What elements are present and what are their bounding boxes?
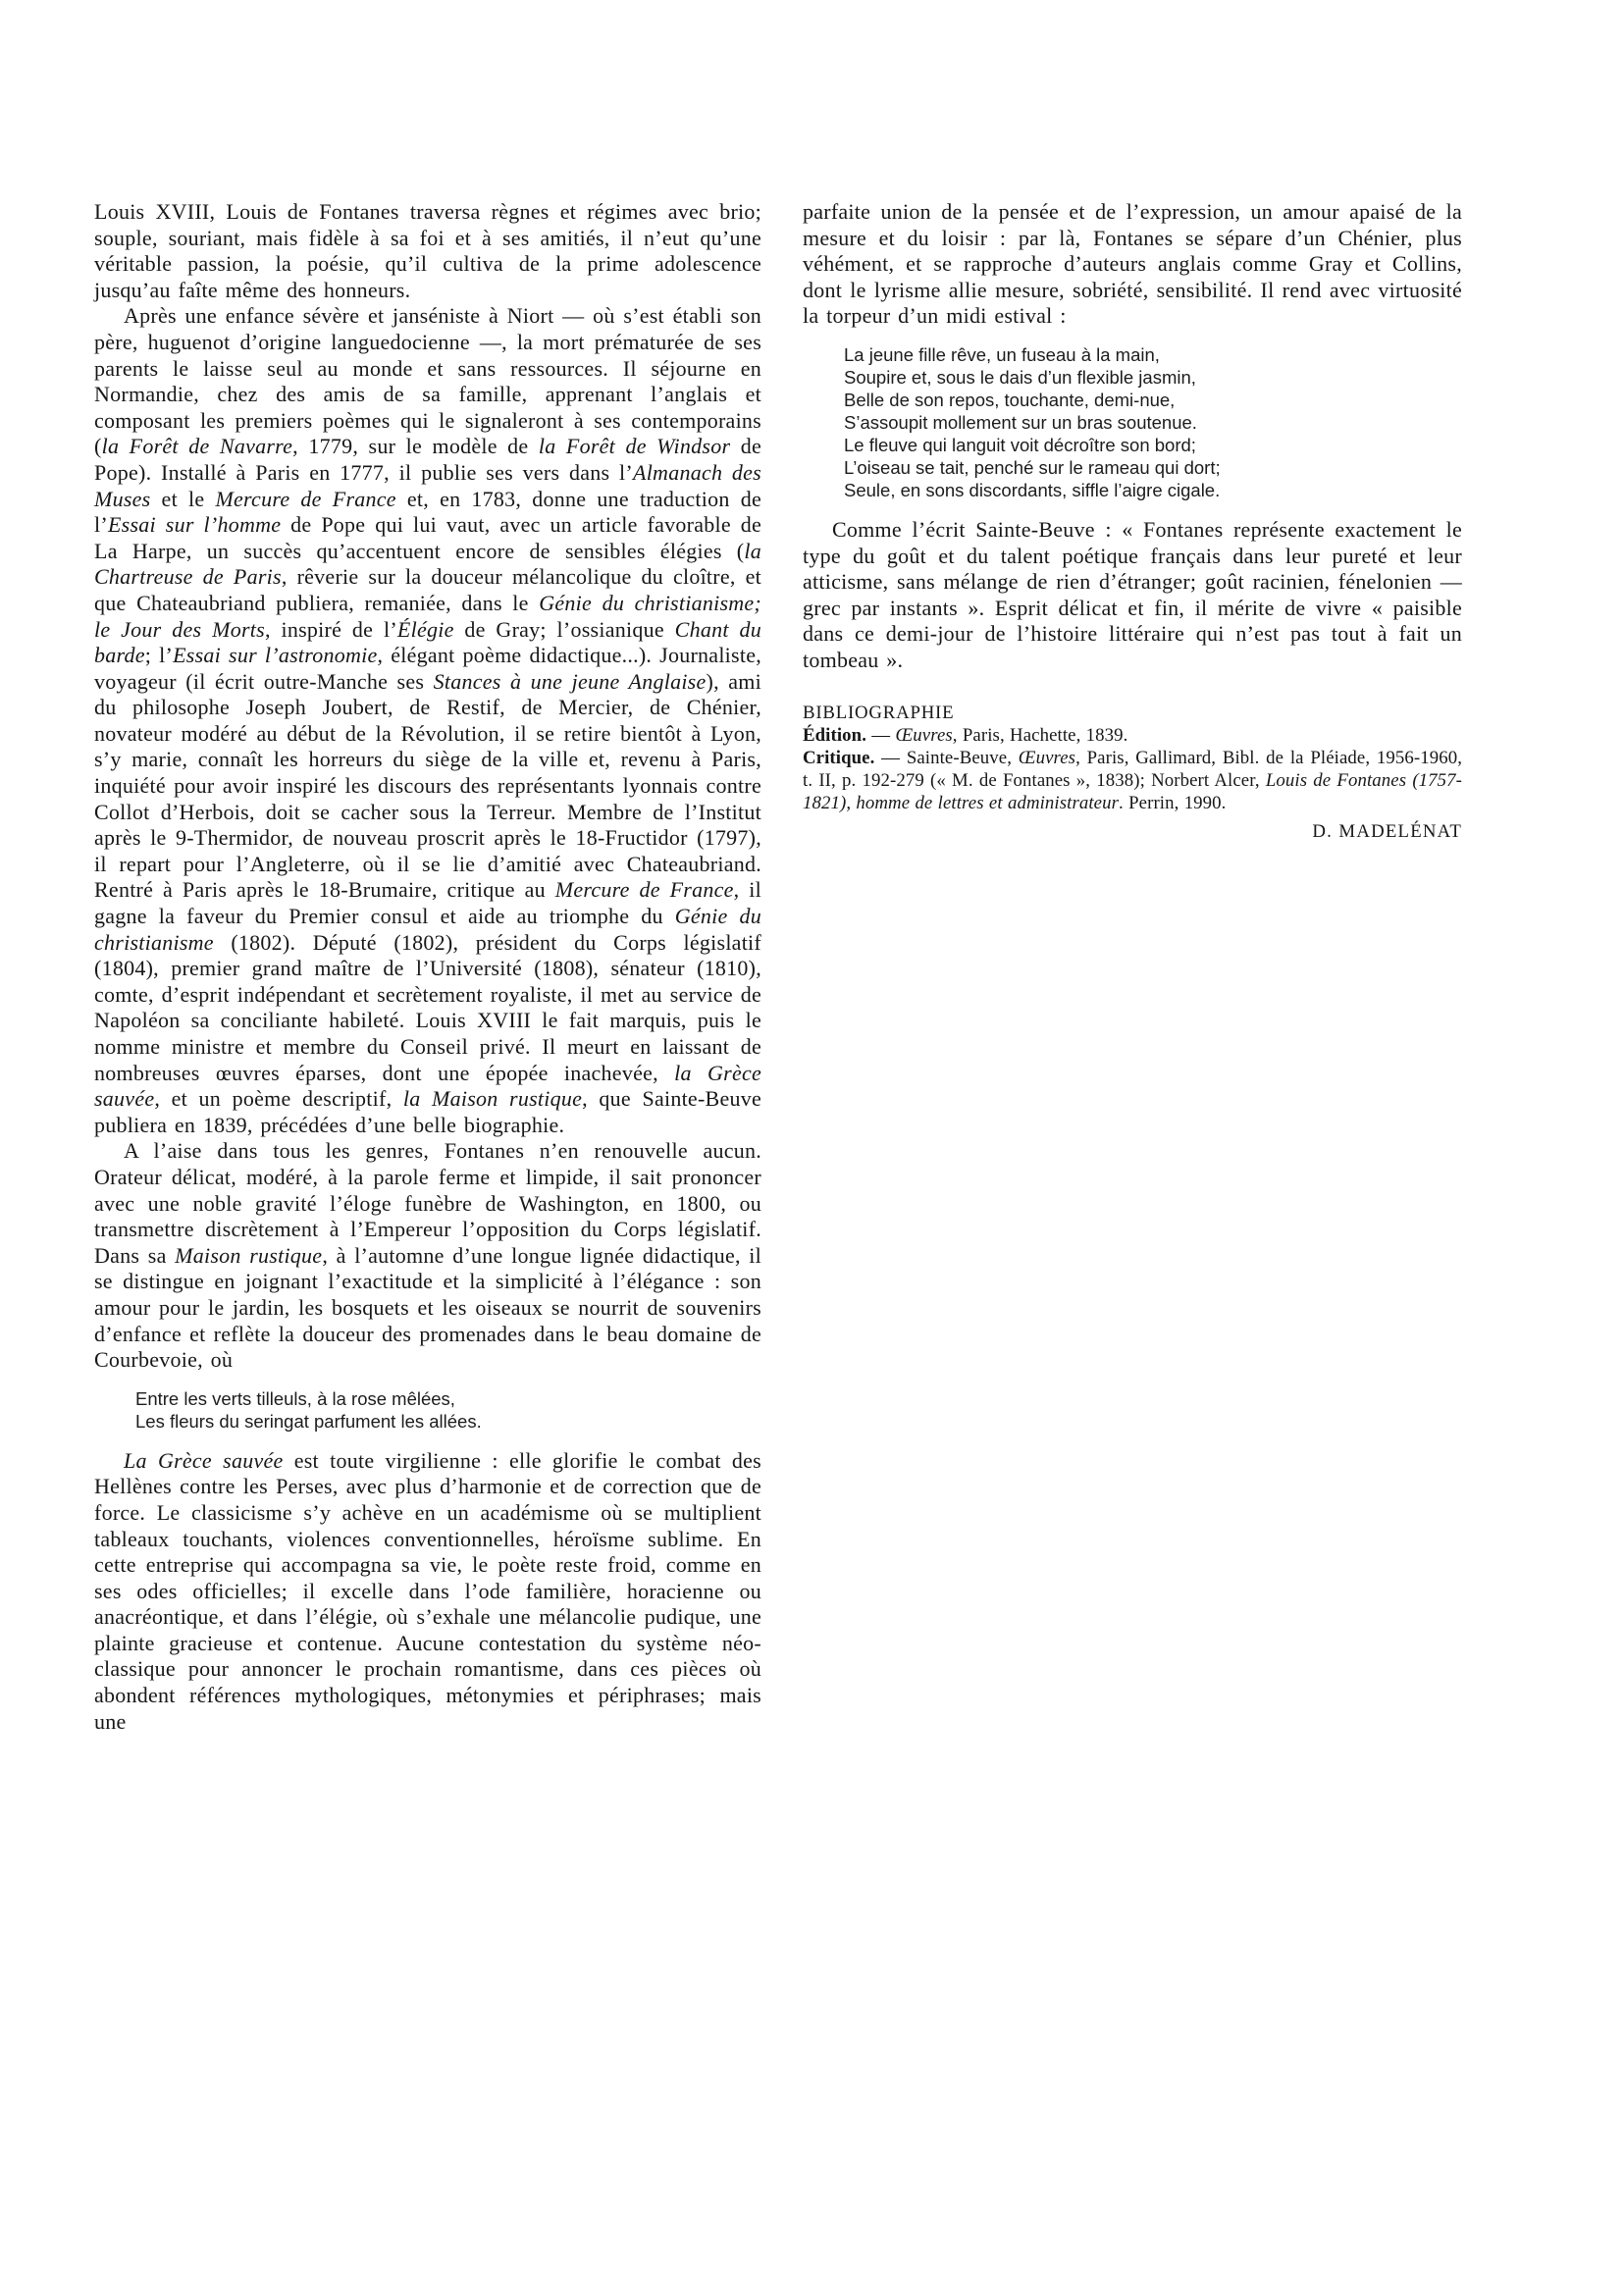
bibliography-heading: BIBLIOGRAPHIE — [803, 702, 1462, 724]
verse-line: Soupire et, sous le dais d’un flexible j… — [844, 366, 1462, 389]
verse-quote-couplet: Entre les verts tilleuls, à la rose mêlé… — [135, 1387, 761, 1433]
document-page: Louis XVIII, Louis de Fontanes traversa … — [0, 0, 1624, 2295]
verse-line: Entre les verts tilleuls, à la rose mêlé… — [135, 1387, 761, 1410]
bibliography: BIBLIOGRAPHIE Édition. — Œuvres, Paris, … — [803, 702, 1462, 843]
verse-quote-midi-estival: La jeune fille rêve, un fuseau à la main… — [844, 343, 1462, 501]
verse-line: Seule, en sons discordants, siffle l’aig… — [844, 479, 1462, 501]
verse-line: La jeune fille rêve, un fuseau à la main… — [844, 343, 1462, 366]
verse-line: Belle de son repos, touchante, demi-nue, — [844, 389, 1462, 411]
paragraph-intro: Louis XVIII, Louis de Fontanes traversa … — [94, 199, 761, 303]
paragraph-biography: Après une enfance sévère et janséniste à… — [94, 303, 761, 1138]
paragraph-sainte-beuve-quote: Comme l’écrit Sainte-Beuve : « Fontanes … — [803, 517, 1462, 674]
bibliography-edition-entry: Édition. — Œuvres, Paris, Hachette, 1839… — [803, 724, 1462, 747]
left-column: Louis XVIII, Louis de Fontanes traversa … — [94, 199, 761, 1735]
author-signature: D. MADELÉNAT — [803, 820, 1462, 843]
verse-line: Les fleurs du seringat parfument les all… — [135, 1410, 761, 1433]
bibliography-critique-entry: Critique. — Sainte-Beuve, Œuvres, Paris,… — [803, 747, 1462, 814]
verse-line: S’assoupit mollement sur un bras soutenu… — [844, 411, 1462, 434]
verse-line: L’oiseau se tait, penché sur le rameau q… — [844, 456, 1462, 479]
verse-line: Le fleuve qui languit voit décroître son… — [844, 434, 1462, 456]
paragraph-style: parfaite union de la pensée et de l’expr… — [803, 199, 1462, 330]
paragraph-grece-sauvee: La Grèce sauvée est toute virgilienne : … — [94, 1448, 761, 1736]
right-column: parfaite union de la pensée et de l’expr… — [803, 199, 1462, 843]
paragraph-oeuvre: A l’aise dans tous les genres, Fontanes … — [94, 1138, 761, 1373]
